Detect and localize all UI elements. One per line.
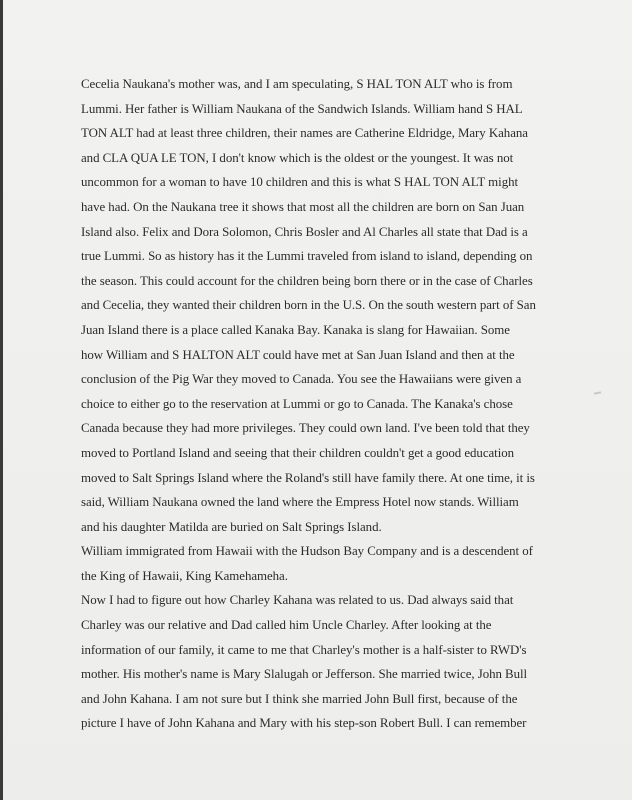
- text-line: said, William Naukana owned the land whe…: [81, 490, 601, 515]
- text-line: Island also. Felix and Dora Solomon, Chr…: [81, 220, 601, 245]
- text-line: and his daughter Matilda are buried on S…: [81, 515, 601, 540]
- text-line: uncommon for a woman to have 10 children…: [81, 170, 601, 195]
- text-line: and CLA QUA LE TON, I don't know which i…: [81, 146, 601, 171]
- text-line: TON ALT had at least three children, the…: [81, 121, 601, 146]
- text-line: picture I have of John Kahana and Mary w…: [81, 711, 601, 736]
- text-line: the season. This could account for the c…: [81, 269, 601, 294]
- text-line: Charley was our relative and Dad called …: [81, 613, 601, 638]
- text-line: Now I had to figure out how Charley Kaha…: [81, 588, 601, 613]
- text-line: and Cecelia, they wanted their children …: [81, 293, 601, 318]
- document-body: Cecelia Naukana's mother was, and I am s…: [81, 72, 601, 736]
- text-line: have had. On the Naukana tree it shows t…: [81, 195, 601, 220]
- text-line: information of our family, it came to me…: [81, 638, 601, 663]
- text-line: conclusion of the Pig War they moved to …: [81, 367, 601, 392]
- text-line: William immigrated from Hawaii with the …: [81, 539, 601, 564]
- text-line: the King of Hawaii, King Kamehameha.: [81, 564, 601, 589]
- text-line: Lummi. Her father is William Naukana of …: [81, 97, 601, 122]
- text-line: true Lummi. So as history has it the Lum…: [81, 244, 601, 269]
- text-line: moved to Salt Springs Island where the R…: [81, 466, 601, 491]
- text-line: and John Kahana. I am not sure but I thi…: [81, 687, 601, 712]
- text-line: Canada because they had more privileges.…: [81, 416, 601, 441]
- text-line: how William and S HALTON ALT could have …: [81, 343, 601, 368]
- text-line: Juan Island there is a place called Kana…: [81, 318, 601, 343]
- text-line: Cecelia Naukana's mother was, and I am s…: [81, 72, 601, 97]
- text-line: choice to either go to the reservation a…: [81, 392, 601, 417]
- text-line: mother. His mother's name is Mary Slalug…: [81, 662, 601, 687]
- text-line: moved to Portland Island and seeing that…: [81, 441, 601, 466]
